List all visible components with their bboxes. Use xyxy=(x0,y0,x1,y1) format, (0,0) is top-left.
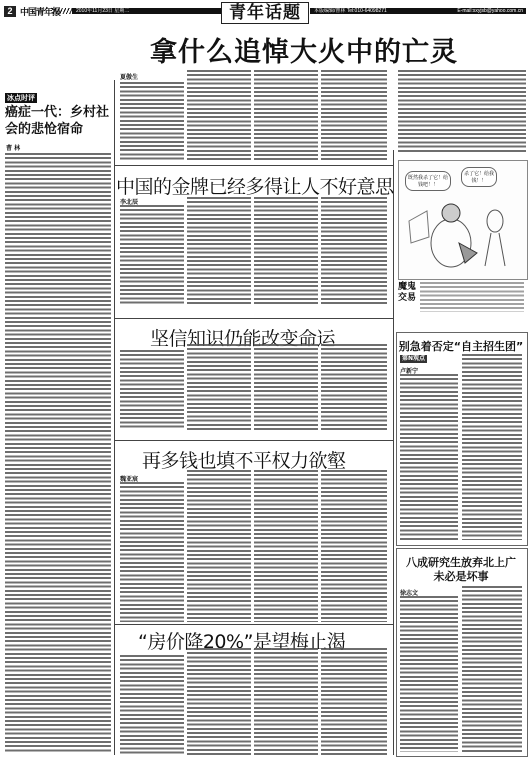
article-body xyxy=(321,648,387,755)
decorative-hatch xyxy=(52,8,72,14)
divider xyxy=(115,624,393,625)
editorial-cartoon: 既然我杀了它！给钱吧！！ 杀了它！给我钱！！ xyxy=(398,160,528,280)
article-body xyxy=(187,470,251,622)
article-body xyxy=(187,344,251,430)
article-body xyxy=(321,344,387,430)
column-rule xyxy=(114,80,115,755)
article-body xyxy=(120,205,184,305)
article-body xyxy=(254,197,318,305)
article-body xyxy=(321,197,387,305)
cartoon-caption xyxy=(420,282,524,312)
article-body xyxy=(321,470,387,622)
sidebar-body xyxy=(462,586,522,752)
feature-headline: 癌症一代：乡村社会的悲怆宿命 xyxy=(5,104,113,138)
date-line: 2010年11月23日 星期二 xyxy=(76,8,129,14)
lead-headline: 拿什么追悼大火中的亡灵 xyxy=(150,30,450,69)
page-number: 2 xyxy=(4,6,16,17)
lead-body-col4 xyxy=(321,70,387,162)
lead-byline: 夏傲生 xyxy=(120,72,138,81)
lead-body-col1 xyxy=(120,82,184,162)
contact-bar: 本版编辑/曹林 Tel:010-64098271 E-mail:sxyjsb@y… xyxy=(310,8,526,14)
sidebar-tag: 第N观点 xyxy=(400,355,427,363)
lead-body-col3 xyxy=(254,70,318,162)
feature-tag: 冰点时评 xyxy=(5,93,37,103)
article-headline-money-power: 再多钱也填不平权力欲壑 xyxy=(142,446,346,473)
email-address[interactable]: E-mail:sxyjsb@yahoo.com.cn xyxy=(457,8,523,14)
sidebar-headline-graduates-line2: 未必是坏事 xyxy=(398,568,524,584)
divider xyxy=(115,318,393,319)
feature-byline: 曹 林 xyxy=(6,143,20,152)
cartoon-title: 魔鬼交易 xyxy=(398,282,418,304)
lead-body-col2 xyxy=(187,70,251,162)
section-title: 青年话题 xyxy=(221,2,309,24)
article-body xyxy=(254,470,318,622)
article-body xyxy=(120,655,184,755)
column-rule xyxy=(393,150,394,755)
cartoon-illustration xyxy=(399,161,527,279)
article-body xyxy=(187,648,251,755)
article-body xyxy=(120,482,184,622)
feature-body xyxy=(5,153,111,753)
article-headline-gold-medal: 中国的金牌已经多得让人不好意思 xyxy=(116,172,394,199)
sidebar-body xyxy=(462,354,522,540)
divider xyxy=(115,440,393,441)
lead-body-col5 xyxy=(398,70,526,152)
sidebar-body xyxy=(400,596,458,752)
article-body xyxy=(254,648,318,755)
contact-line: 本版编辑/曹林 Tel:010-64098271 xyxy=(310,8,387,14)
sidebar-body xyxy=(400,374,458,540)
date-bar: 2010年11月23日 星期二 xyxy=(72,8,224,14)
article-body xyxy=(187,197,251,305)
article-body xyxy=(254,344,318,430)
sidebar-headline-self-enrollment: 别急着否定“自主招生团” xyxy=(398,338,524,354)
article-body xyxy=(120,350,184,430)
divider xyxy=(115,165,393,166)
